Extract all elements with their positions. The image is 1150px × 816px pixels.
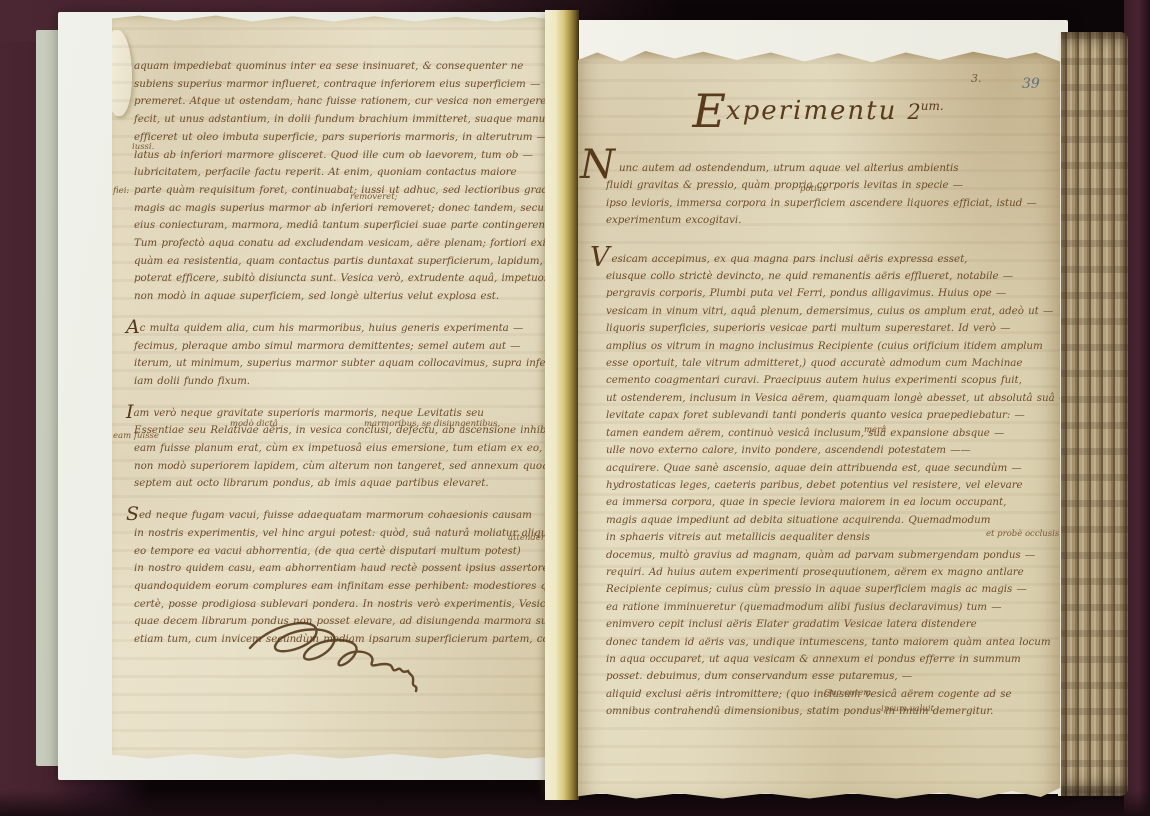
initial-capital: S: [126, 506, 139, 524]
text-line: acquirere. Quae sanè ascensio, aquae dei…: [606, 460, 1046, 477]
initial-capital: I: [126, 404, 133, 422]
text-line: parte quàm requisitum foret, continuabat…: [134, 182, 558, 200]
heading-period: .: [940, 99, 944, 113]
left_page-paragraph-1: Ac multa quidem alia, cum his marmoribus…: [134, 319, 558, 391]
interlinear-note: Quo autem: [824, 688, 871, 698]
chapter-heading: Experimentu2um.: [648, 84, 988, 138]
text-line: quàm ea resistentia, quam contactus part…: [134, 253, 558, 271]
text-line: ea immersa corpora, quae in specie levio…: [606, 494, 1046, 511]
interlinear-note: iussi.: [132, 142, 154, 152]
text-line: levitate capax foret sublevandi tanti po…: [606, 407, 1046, 424]
text-line: Vesicam accepimus, ex qua magna pars inc…: [606, 251, 1046, 268]
heading-initial: E: [692, 84, 726, 138]
page-number: 39: [1022, 76, 1040, 92]
text-line: donec tandem id aëris vas, undique intum…: [606, 634, 1046, 651]
text-line: eo tempore ea vacui abhorrentia, (de qua…: [134, 543, 558, 561]
text-line: hydrostaticas leges, caeteris paribus, d…: [606, 477, 1046, 494]
signature-flourish: [244, 610, 444, 700]
text-line: vesicam in vinum vitri, aquâ plenum, dem…: [606, 303, 1046, 320]
text-line: magis ac magis superius marmor ab inferi…: [134, 200, 558, 218]
text-line: ulle novo externo calore, invito pondere…: [606, 442, 1046, 459]
text-line: eius coniecturam, marmora, mediâ tantum …: [134, 217, 558, 235]
text-line: cemento coagmentari curavi. Praecipuus a…: [606, 372, 1046, 389]
margin-note: fiei:: [113, 186, 129, 196]
text-line: magis aquae impediunt ad debita situatio…: [606, 512, 1046, 529]
text-line: iam dolii fundo fixum.: [134, 373, 558, 391]
heading-text: xperimentu: [726, 96, 897, 126]
right_page-paragraph-1: Vesicam accepimus, ex qua magna pars inc…: [606, 251, 1046, 721]
left_page-paragraph-0: aquam impediebat quominus inter ea sese …: [134, 58, 558, 306]
left-page-text: aquam impediebat quominus inter ea sese …: [134, 58, 558, 649]
interlinear-note: marmoribus, se disiungentibus,: [364, 419, 500, 429]
manuscript-photo-screenshot: { "colors": { "cover": "#45222e", "page_…: [0, 0, 1150, 816]
text-line: ipso levioris, immersa corpora in superf…: [606, 195, 1046, 212]
text-line: subiens superius marmor influeret, contr…: [134, 76, 558, 94]
text-line: Tum profectò aqua conatu ad excludendam …: [134, 235, 558, 253]
folio-mark: 3.: [971, 72, 982, 85]
text-line: in nostris experimentis, vel hinc argui …: [134, 525, 558, 543]
text-line: enimvero cepit inclusi aëris Elater grad…: [606, 616, 1046, 633]
text-line: aquam impediebat quominus inter ea sese …: [134, 58, 558, 76]
text-line: septem aut octo librarum pondus, ab imis…: [134, 475, 558, 493]
text-line: latus ab inferiori marmore glisceret. Qu…: [134, 147, 558, 165]
text-line: eiusque collo strictè devincto, ne quid …: [606, 268, 1046, 285]
text-line: esse oportuit, tale vitrum admitteret,) …: [606, 355, 1046, 372]
text-line: eam fuisse planum erat, cùm ex impetuosâ…: [134, 440, 558, 458]
text-line: amplius os vitrum in magno inclusimus Re…: [606, 338, 1046, 355]
text-line: fecimus, pleraque ambo simul marmora dem…: [134, 338, 558, 356]
text-line: lubricitatem, perfacile factu reperit. A…: [134, 164, 558, 182]
margin-note: eam fuisse: [113, 431, 159, 441]
text-line: quandoquidem eorum complures eam infinit…: [134, 578, 558, 596]
text-line: tamen eandem aërem, continuò vesicâ incl…: [606, 425, 1046, 442]
interlinear-note: removeret;: [350, 192, 397, 202]
text-line: experimentum excogitavi.: [606, 212, 1046, 229]
text-line: ea ratione imminueretur (quemadmodum ali…: [606, 599, 1046, 616]
text-line: omnibus contrahendû dimensionibus, stati…: [606, 703, 1046, 720]
text-line: non modò in aquae superficiem, sed longè…: [134, 288, 558, 306]
book-photo: aquam impediebat quominus inter ea sese …: [0, 0, 1150, 816]
interlinear-note: ipsum valuit: [881, 704, 934, 714]
heading-superscript: um: [921, 99, 940, 113]
interlinear-note: merâ: [864, 425, 886, 435]
interlinear-note: potius: [800, 184, 827, 194]
text-line: Nunc autem ad ostendendum, utrum aquae v…: [606, 160, 1046, 177]
right-manuscript-page: Experimentu2um. 3. 39 Nunc autem ad oste…: [578, 48, 1060, 800]
left_page-paragraph-2: Iam verò neque gravitate superioris marm…: [134, 404, 558, 494]
text-line: in aqua occuparet, ut aqua vesicam & ann…: [606, 651, 1046, 668]
interlinear-note: modò dictâ: [230, 419, 278, 429]
text-line: in nostro quidem casu, eam abhorrentiam …: [134, 560, 558, 578]
interlinear-note: et probè occlusis: [986, 529, 1059, 539]
text-line: requiri. Ad huius autem experimenti pros…: [606, 564, 1046, 581]
text-line: Recipiente cepimus; cuius cùm pressio in…: [606, 581, 1046, 598]
right-page-text: Nunc autem ad ostendendum, utrum aquae v…: [606, 160, 1046, 721]
text-line: in sphaeris vitreis aut metallicis aequa…: [606, 529, 1046, 546]
heading-number: 2: [907, 100, 920, 124]
text-line: iterum, ut minimum, superius marmor subt…: [134, 355, 558, 373]
text-line: Sed neque fugam vacui, fuisse adaequatam…: [134, 506, 558, 525]
text-line: fecit, ut unus adstantium, in dolii fund…: [134, 111, 558, 129]
text-line: pergravis corporis, Plumbi puta vel Ferr…: [606, 285, 1046, 302]
text-line: liquoris superficies, superioris vesicae…: [606, 320, 1046, 337]
text-line: poterat efficere, subitò disiuncta sunt.…: [134, 270, 558, 288]
text-line: Ac multa quidem alia, cum his marmoribus…: [134, 319, 558, 338]
fore-edge-page-stack: [1058, 32, 1128, 796]
text-line: efficeret ut oleo imbuta superficie, par…: [134, 129, 558, 147]
text-line: posset. debuimus, dum conservandum esse …: [606, 668, 1046, 685]
text-line: premeret. Atque ut ostendam, hanc fuisse…: [134, 93, 558, 111]
page-tear-mark: [112, 30, 132, 116]
binding-gutter: [545, 10, 579, 800]
right_page-paragraph-0: Nunc autem ad ostendendum, utrum aquae v…: [606, 160, 1046, 230]
text-line: ut ostenderem, inclusum in Vesica aërem,…: [606, 390, 1046, 407]
text-line: docemus, multò gravius ad magnam, quàm a…: [606, 547, 1046, 564]
left-manuscript-page: aquam impediebat quominus inter ea sese …: [112, 14, 564, 760]
initial-capital: A: [126, 319, 140, 337]
text-line: non modò superiorem lapidem, cùm alterum…: [134, 458, 558, 476]
